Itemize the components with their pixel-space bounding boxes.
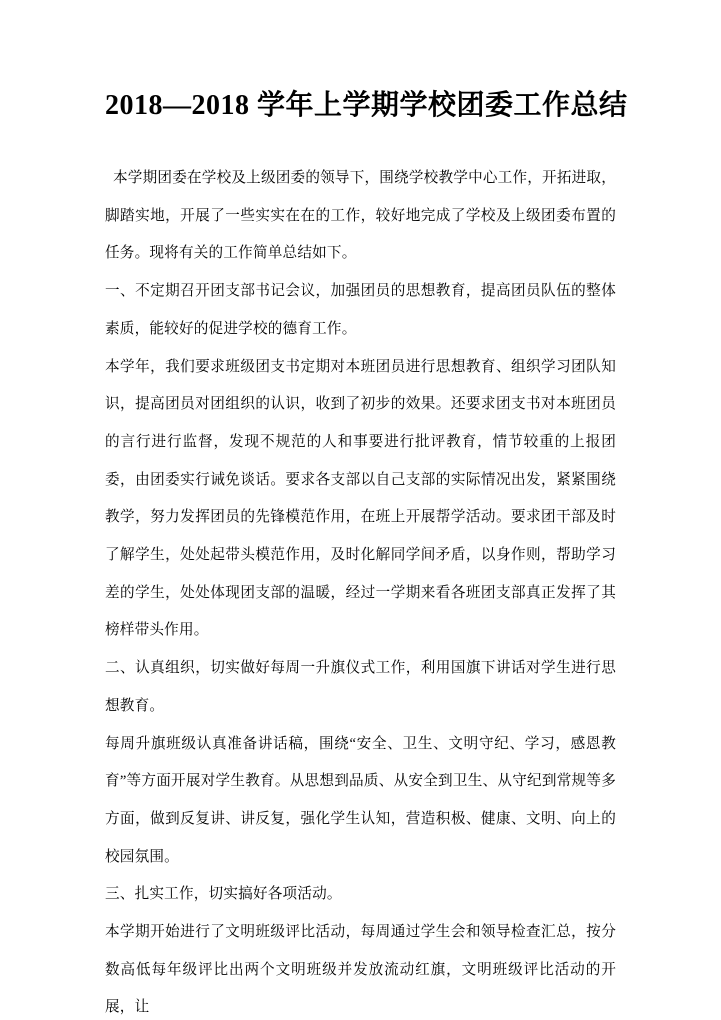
document-title: 2018—2018 学年上学期学校团委工作总结 (105, 88, 616, 124)
paragraph-section-3-detail: 本学期开始进行了文明班级评比活动，每周通过学生会和领导检查汇总，按分数高低每年级… (105, 914, 616, 1020)
document-page: 2018—2018 学年上学期学校团委工作总结 本学期团委在学校及上级团委的领导… (0, 0, 721, 1020)
paragraph-intro: 本学期团委在学校及上级团委的领导下，围绕学校教学中心工作，开拓进取，脚踏实地，开… (105, 160, 616, 273)
paragraph-section-2-detail: 每周升旗班级认真准备讲话稿，围绕“安全、卫生、文明守纪、学习，感恩教育”等方面开… (105, 726, 616, 877)
paragraph-section-1-heading: 一、不定期召开团支部书记会议，加强团员的思想教育，提高团员队伍的整体素质，能较好… (105, 273, 616, 348)
document-body: 本学期团委在学校及上级团委的领导下，围绕学校教学中心工作，开拓进取，脚踏实地，开… (105, 160, 616, 1020)
paragraph-section-2-heading: 二、认真组织，切实做好每周一升旗仪式工作，利用国旗下讲话对学生进行思想教育。 (105, 650, 616, 725)
paragraph-section-1-detail: 本学年，我们要求班级团支书定期对本班团员进行思想教育、组织学习团队知识，提高团员… (105, 349, 616, 651)
paragraph-section-3-heading: 三、扎实工作，切实搞好各项活动。 (105, 876, 616, 914)
